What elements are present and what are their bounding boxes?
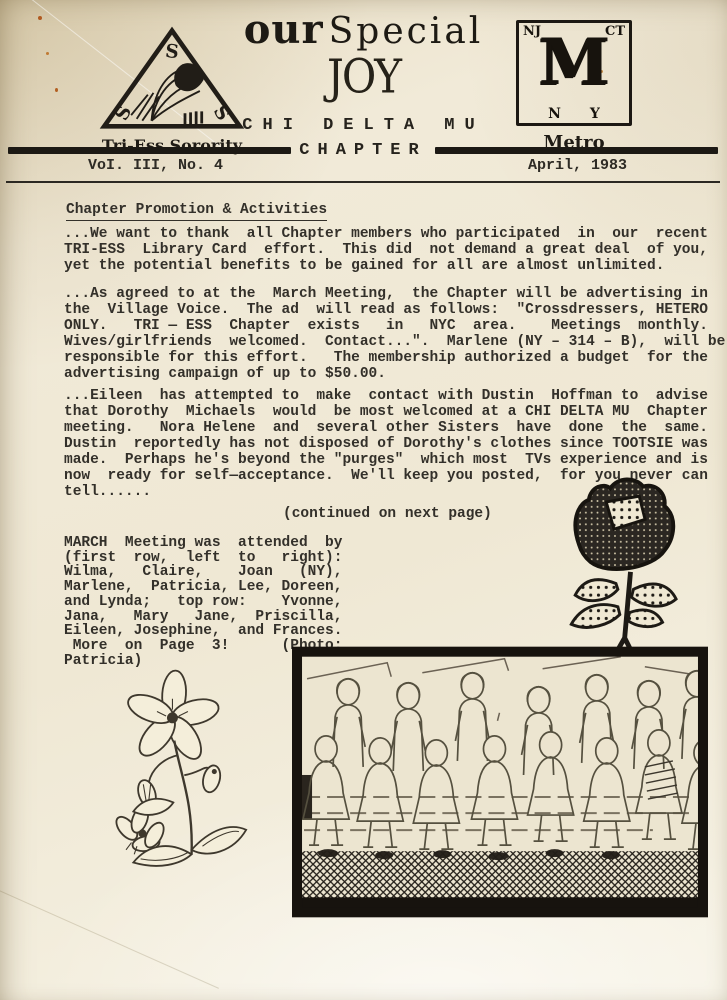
issue-date: April, 1983: [528, 157, 627, 174]
chapter-name-line: CHI DELTA MU: [242, 116, 484, 135]
paper-speck: [38, 16, 42, 20]
rule-bar-right: [435, 147, 718, 154]
paragraph-village-voice-ad: ...As agreed to at the March Meeting, th…: [64, 286, 725, 382]
section-heading: Chapter Promotion & Activities: [66, 202, 327, 221]
flower-graphic: [86, 658, 268, 896]
group-photo-graphic: [292, 646, 708, 918]
metro-logo: NJ CT M N Y Metro: [514, 20, 634, 153]
metro-m-letter: M: [519, 25, 629, 101]
group-photo: [292, 646, 708, 923]
tulip-illustration: [548, 474, 713, 665]
rule-bar-left: [8, 147, 291, 154]
title-word-special: Special: [329, 11, 484, 52]
paragraph-library-card: ...We want to thank all Chapter members …: [64, 226, 708, 274]
continued-note: (continued on next page): [283, 506, 492, 522]
triangle-emblem-graphic: S S S: [92, 26, 252, 130]
masthead-thick-rule: CHAPTER: [8, 142, 718, 158]
joy-wordmark: JOY: [327, 49, 400, 104]
triangle-hatch-marks: [185, 111, 202, 124]
triangle-s-top: S: [164, 41, 180, 63]
flower-illustration: [86, 658, 268, 901]
volume-label: VoI. III, No. 4: [88, 157, 223, 174]
tri-ess-triangle-logo: S S S Tri-Ess Sorority: [92, 26, 252, 155]
metro-logo-box: NJ CT M N Y: [516, 20, 632, 126]
metro-ny-label: N Y: [519, 106, 629, 122]
chapter-label: CHAPTER: [291, 141, 434, 160]
title-word-our: our: [244, 6, 324, 53]
triangle-s-right: S: [209, 102, 234, 124]
masthead-thin-rule: [6, 181, 720, 183]
paper-speck: [46, 52, 49, 55]
paper-speck: [55, 88, 58, 92]
newsletter-scan-page: our Special JOY CHI DELTA MU S S S Tri-E…: [0, 0, 727, 1000]
tulip-graphic: [548, 474, 713, 660]
